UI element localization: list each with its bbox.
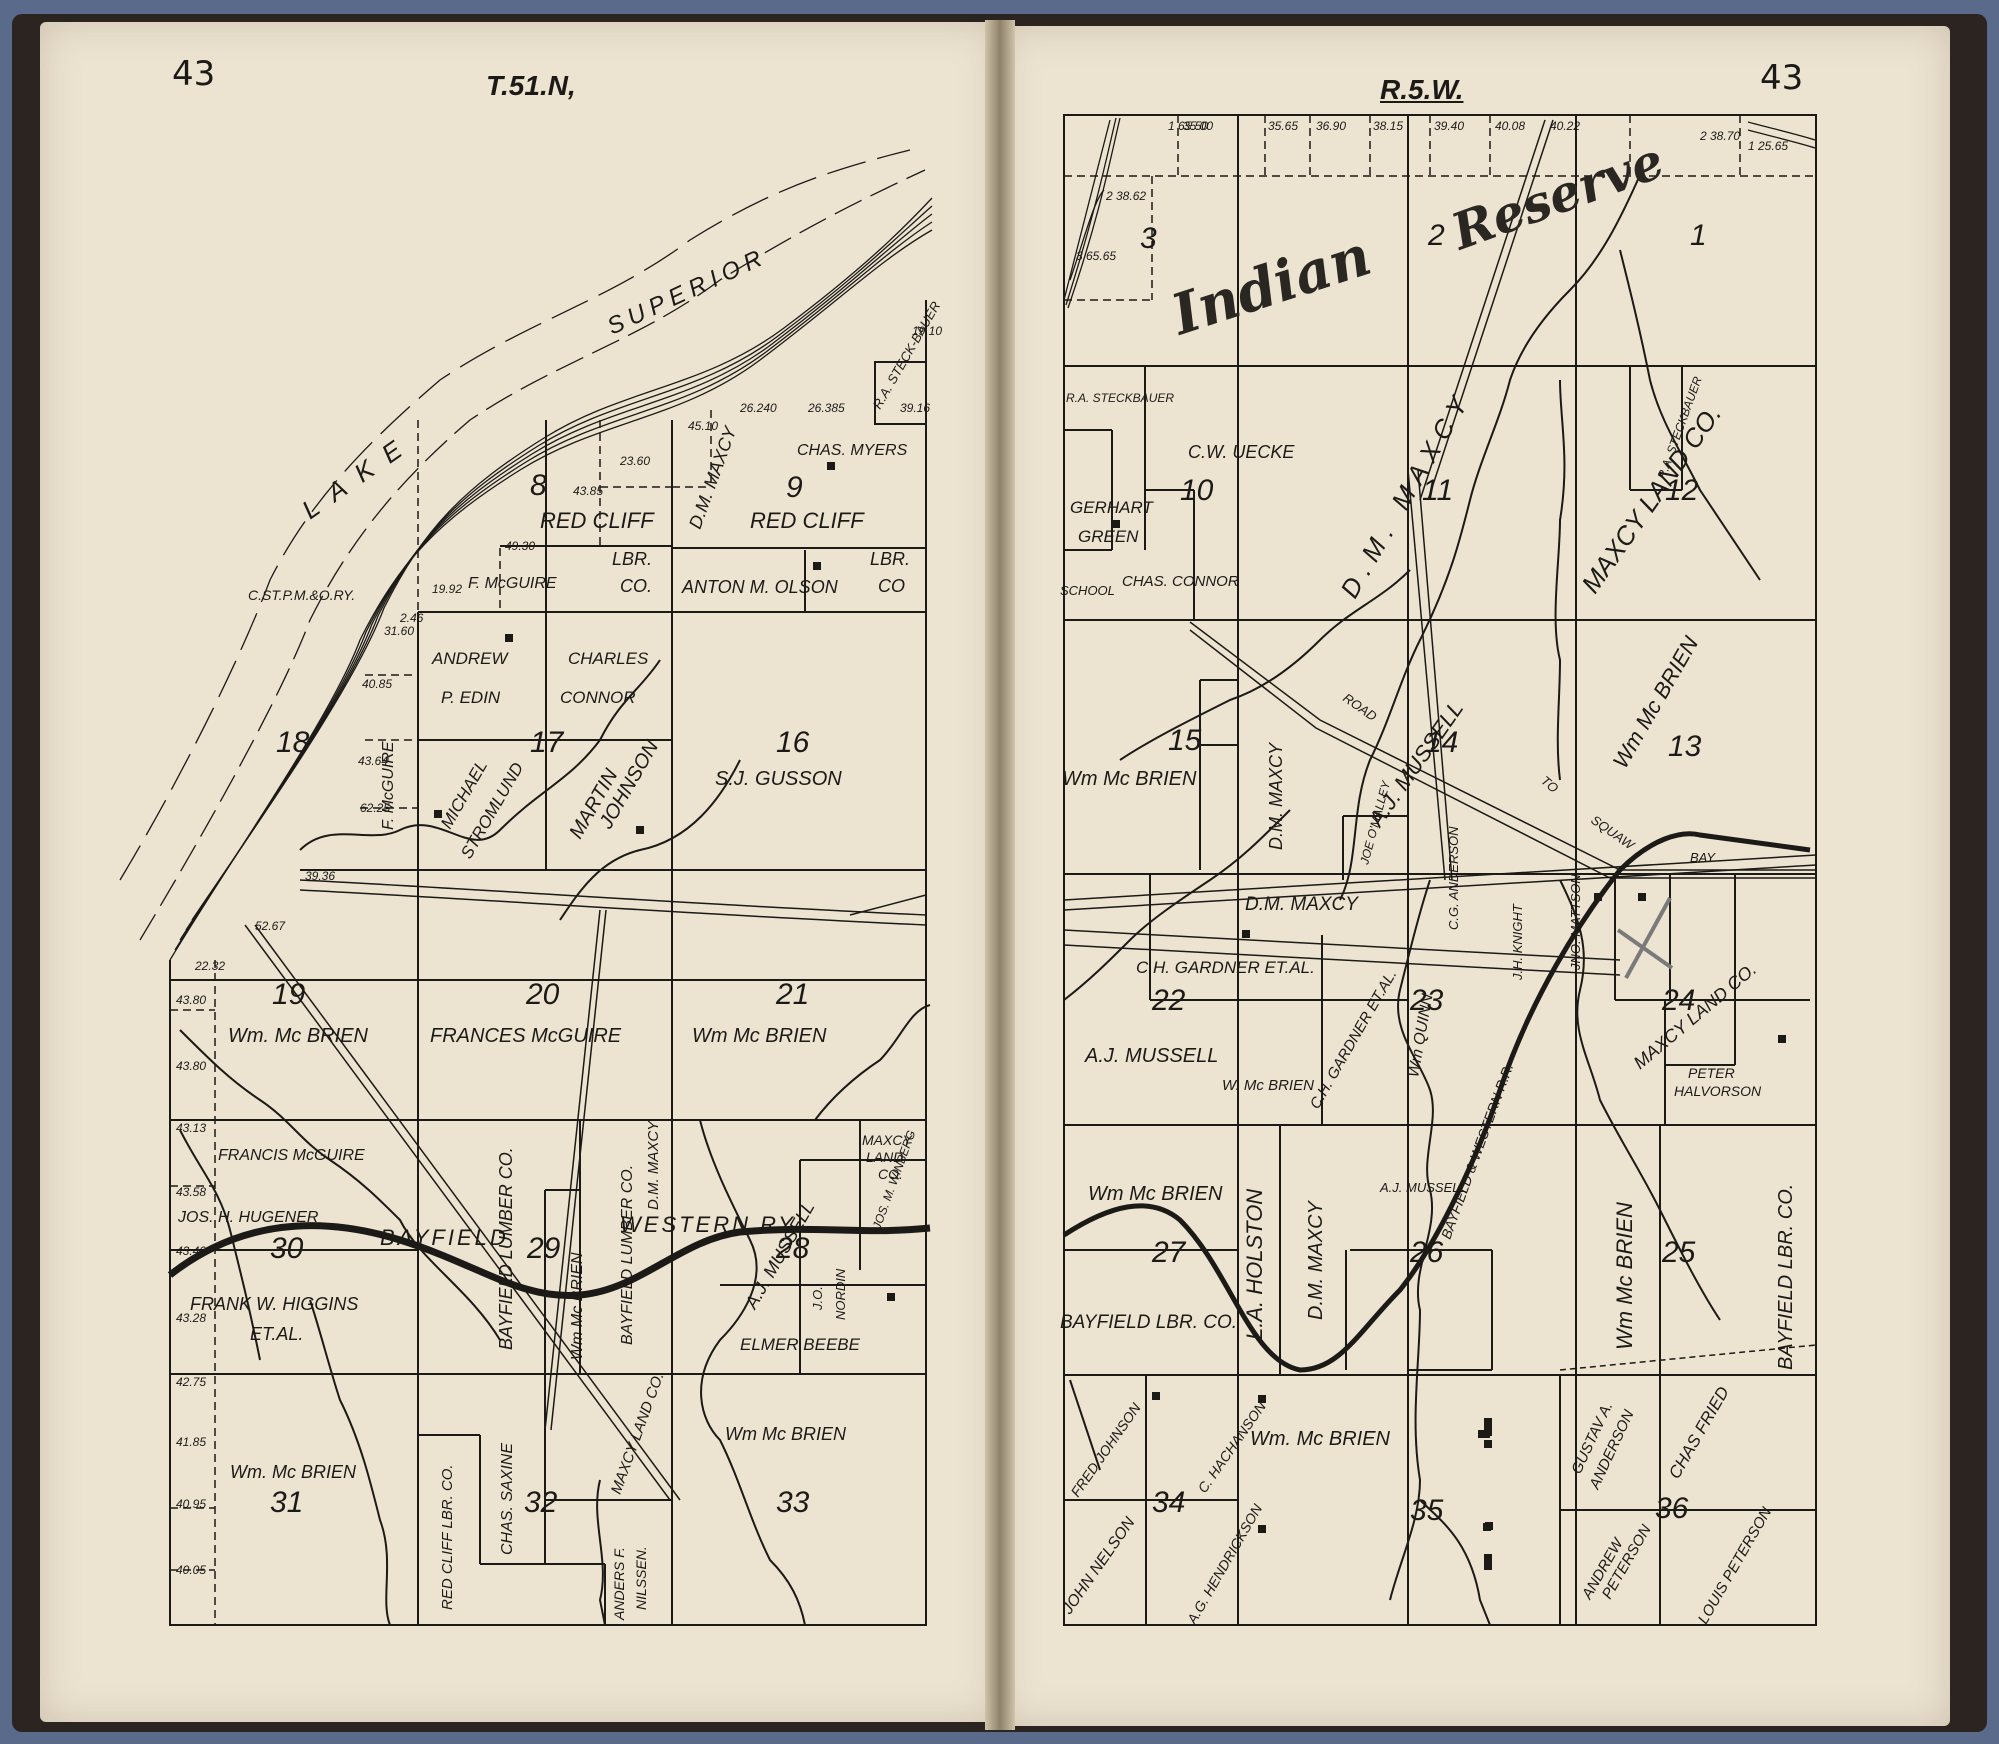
- owner-cg-anderson: C.G. ANDERSON: [1446, 826, 1461, 930]
- svg-text:38.15: 38.15: [1373, 119, 1403, 133]
- owner-holston: L.A. HOLSTON: [1242, 1189, 1267, 1340]
- owner-jh-knight: J.H. KNIGHT: [1510, 903, 1525, 981]
- road-label-bay: BAY: [1690, 850, 1716, 865]
- owner-aj-mussell-22: A.J. MUSSELL: [1084, 1045, 1218, 1067]
- owner-gerhart: GERHART: [1070, 498, 1154, 517]
- section-10: 10: [1180, 474, 1214, 507]
- section-26: 26: [1409, 1236, 1444, 1269]
- owner-mcbrien-15: Wm Mc BRIEN: [1062, 768, 1197, 790]
- owner-fred-johnson: FRED JOHNSON: [1067, 1399, 1144, 1499]
- owner-mcbrien-35: Wm. Mc BRIEN: [1250, 1428, 1391, 1450]
- owner-w-mcbrien-23: W. Mc BRIEN: [1222, 1077, 1314, 1094]
- svg-text:35.00: 35.00: [1183, 119, 1213, 133]
- section-34: 34: [1152, 1486, 1185, 1519]
- section-22: 22: [1151, 984, 1186, 1017]
- svg-text:2 38.70: 2 38.70: [1699, 129, 1740, 143]
- svg-text:40.22: 40.22: [1550, 119, 1580, 133]
- owner-dm-maxcy-23: D.M. MAXCY: [1245, 894, 1359, 915]
- owner-uecke: C.W. UECKE: [1188, 442, 1295, 462]
- svg-text:3 65.65: 3 65.65: [1076, 249, 1116, 263]
- owner-gardner-22: C.H. GARDNER ET.AL.: [1136, 958, 1315, 977]
- road-label-squaw: SQUAW: [1588, 812, 1638, 853]
- right-township-map: Indian 2 Reserve 3 1 R.A. STECKBAUER C.W…: [0, 0, 1999, 1744]
- road-label-road: ROAD: [1340, 690, 1379, 724]
- school-label: SCHOOL: [1060, 583, 1115, 598]
- owner-green: GREEN: [1078, 527, 1139, 546]
- svg-text:35.65: 35.65: [1268, 119, 1298, 133]
- owner-louis-peterson: LOUIS PETERSON: [1695, 1504, 1776, 1627]
- section-36: 36: [1655, 1492, 1689, 1525]
- owner-steckbauer-r: R.A. STECKBAUER: [1066, 391, 1174, 405]
- section-1: 1: [1690, 219, 1707, 252]
- owner-bayfield-27: BAYFIELD LBR. CO.: [1060, 1312, 1237, 1333]
- lake-shoreline-right: [1064, 118, 1815, 308]
- owner-maxcy-land-24: MAXCY LAND CO.: [1630, 959, 1761, 1073]
- indian-label: Indian: [1162, 222, 1379, 349]
- svg-text:40.08: 40.08: [1495, 119, 1525, 133]
- section-27: 27: [1151, 1236, 1187, 1269]
- owner-jno-mattson: JNO. MATTSON: [1568, 874, 1583, 971]
- reserve-label: Reserve: [1442, 130, 1671, 262]
- owner-john-nelson: JOHN NELSON: [1059, 1514, 1139, 1618]
- owner-gardner-23: C.H. GARDNER ET.AL.: [1307, 967, 1401, 1112]
- section-25: 25: [1661, 1236, 1696, 1269]
- railway-label-right: BAYFIELD & WESTERN R.R.: [1438, 1061, 1517, 1241]
- section-35: 35: [1410, 1494, 1444, 1527]
- owner-maxcy-land-12: MAXCY LAND CO.: [1575, 399, 1727, 598]
- owner-chas-fried: CHAS FRIED: [1665, 1383, 1733, 1482]
- owner-halvorson: HALVORSON: [1674, 1083, 1762, 1099]
- owner-mcbrien-25: Wm Mc BRIEN: [1612, 1202, 1637, 1350]
- section-3: 3: [1140, 222, 1157, 255]
- road-label-to: TO: [1538, 773, 1561, 796]
- owner-dm-maxcy-15: D.M. MAXCY: [1266, 741, 1286, 850]
- owner-chas-connor: CHAS. CONNOR: [1122, 573, 1239, 590]
- svg-text:1 25.65: 1 25.65: [1748, 139, 1788, 153]
- owner-peter: PETER: [1688, 1065, 1735, 1081]
- railway-line-right: [1064, 834, 1810, 1370]
- owner-hendrickson: A.G. HENDRICKSON: [1183, 1501, 1265, 1628]
- pencil-x-mark: [1618, 898, 1672, 978]
- svg-text:2 38.62: 2 38.62: [1105, 189, 1146, 203]
- owner-dm-maxcy-26: D.M. MAXCY: [1305, 1199, 1327, 1320]
- svg-text:39.40: 39.40: [1434, 119, 1464, 133]
- owner-bayfield-25: BAYFIELD LBR. CO.: [1775, 1184, 1797, 1370]
- owner-dm-maxcy-11: D.M. MAXCY: [1334, 385, 1477, 603]
- owner-mcbrien-27: Wm Mc BRIEN: [1088, 1183, 1223, 1205]
- svg-text:36.90: 36.90: [1316, 119, 1346, 133]
- section-13: 13: [1668, 730, 1702, 763]
- section-2: 2: [1427, 219, 1445, 252]
- section-15: 15: [1168, 724, 1202, 757]
